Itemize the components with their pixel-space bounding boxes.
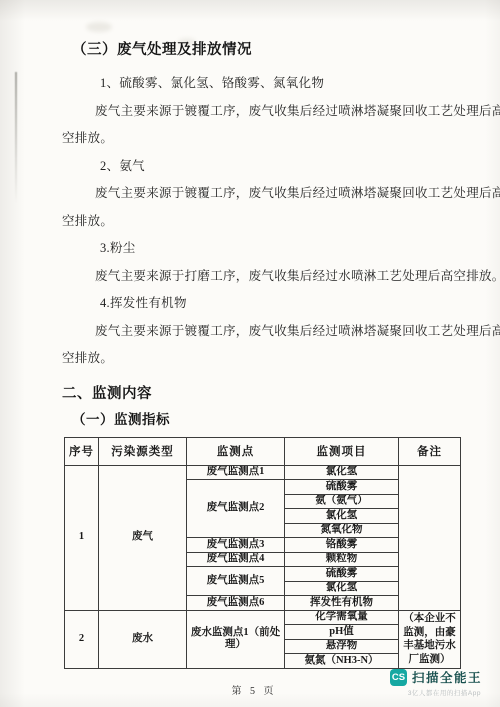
cell-item: 氯化氢 [285, 509, 399, 524]
paragraph-line: 空排放。 [62, 125, 460, 153]
section-heading-waste-gas-treatment: （三）废气处理及排放情况 [72, 40, 460, 61]
cell-item: 颗粒物 [285, 552, 399, 567]
cell-item: 硫酸雾 [285, 480, 399, 495]
list-item-4: 4.挥发性有机物 [62, 290, 460, 318]
col-header-pollution-source-type: 污染源类型 [99, 437, 187, 465]
section-heading-monitoring-content: 二、监测内容 [62, 384, 460, 405]
cell-item: 氨（氨气） [285, 494, 399, 509]
document-content: （三）废气处理及排放情况 1、硫酸雾、氯化氢、铬酸雾、氮氧化物 废气主要来源于镀… [0, 0, 500, 697]
cell-point: 废气监测点1 [187, 465, 285, 480]
cell-source-type-air: 废气 [99, 465, 187, 610]
col-header-seq: 序号 [65, 437, 99, 465]
cell-point: 废气监测点6 [187, 596, 285, 611]
subsection-heading-monitoring-indicators: （一）监测指标 [72, 409, 460, 430]
cell-point: 废水监测点1（前处理） [187, 610, 285, 668]
paragraph-line: 废气主要来源于打磨工序，废气收集后经过水喷淋工艺处理后高空排放。 [62, 263, 460, 291]
col-header-monitoring-item: 监测项目 [285, 437, 399, 465]
cell-item: 铬酸雾 [285, 538, 399, 553]
cell-item: pH值 [285, 625, 399, 640]
col-header-monitoring-point: 监测点 [187, 437, 285, 465]
paragraph-line: 空排放。 [62, 345, 460, 373]
col-header-remark: 备注 [399, 437, 461, 465]
camscanner-app-name: 扫描全能王 [412, 668, 482, 686]
camscanner-logo-icon: CS [390, 669, 407, 686]
paragraph-line: 废气主要来源于镀覆工序，废气收集后经过喷淋塔凝聚回收工艺处理后高 [62, 180, 460, 208]
cell-item: 挥发性有机物 [285, 596, 399, 611]
cell-item: 氯化氢 [285, 581, 399, 596]
paragraph-line: 废气主要来源于镀覆工序，废气收集后经过喷淋塔凝聚回收工艺处理后高 [62, 318, 460, 346]
table-header-row: 序号 污染源类型 监测点 监测项目 备注 [65, 437, 461, 465]
table-row: 1 废气 废气监测点1 氯化氢 [65, 465, 461, 480]
cell-point: 废气监测点4 [187, 552, 285, 567]
list-item-3: 3.粉尘 [62, 235, 460, 263]
list-item-1: 1、硫酸雾、氯化氢、铬酸雾、氮氧化物 [62, 70, 460, 98]
camscanner-logo-row: CS 扫描全能王 [390, 668, 482, 686]
list-item-2: 2、氨气 [62, 153, 460, 181]
cell-item: 悬浮物 [285, 639, 399, 654]
cell-source-type-water: 废水 [99, 610, 187, 668]
scanned-document-page: （三）废气处理及排放情况 1、硫酸雾、氯化氢、铬酸雾、氮氧化物 废气主要来源于镀… [0, 0, 500, 707]
cell-remark-air [399, 465, 461, 610]
cell-item: 硫酸雾 [285, 567, 399, 582]
table-row: 2 废水 废水监测点1（前处理） 化学需氧量 （本企业不监测，由豪丰基地污水厂监… [65, 610, 461, 625]
monitoring-indicators-table: 序号 污染源类型 监测点 监测项目 备注 1 废气 废气监测点1 氯化氢 废气监… [64, 437, 461, 669]
paragraph-line: 空排放。 [62, 208, 460, 236]
cell-item: 氮氧化物 [285, 523, 399, 538]
cell-point: 废气监测点3 [187, 538, 285, 553]
cell-item: 氨氮（NH3-N） [285, 654, 399, 669]
cell-item: 化学需氧量 [285, 610, 399, 625]
cell-seq-water: 2 [65, 610, 99, 668]
cell-item: 氯化氢 [285, 465, 399, 480]
paragraph-line: 废气主要来源于镀覆工序，废气收集后经过喷淋塔凝聚回收工艺处理后高 [62, 98, 460, 126]
camscanner-watermark: CS 扫描全能王 3亿人都在用的扫描App [390, 668, 482, 697]
camscanner-tagline: 3亿人都在用的扫描App [390, 688, 482, 697]
cell-seq-air: 1 [65, 465, 99, 610]
cell-point: 废气监测点5 [187, 567, 285, 596]
cell-point: 废气监测点2 [187, 480, 285, 538]
cell-remark-water: （本企业不监测，由豪丰基地污水厂监测） [399, 610, 461, 668]
